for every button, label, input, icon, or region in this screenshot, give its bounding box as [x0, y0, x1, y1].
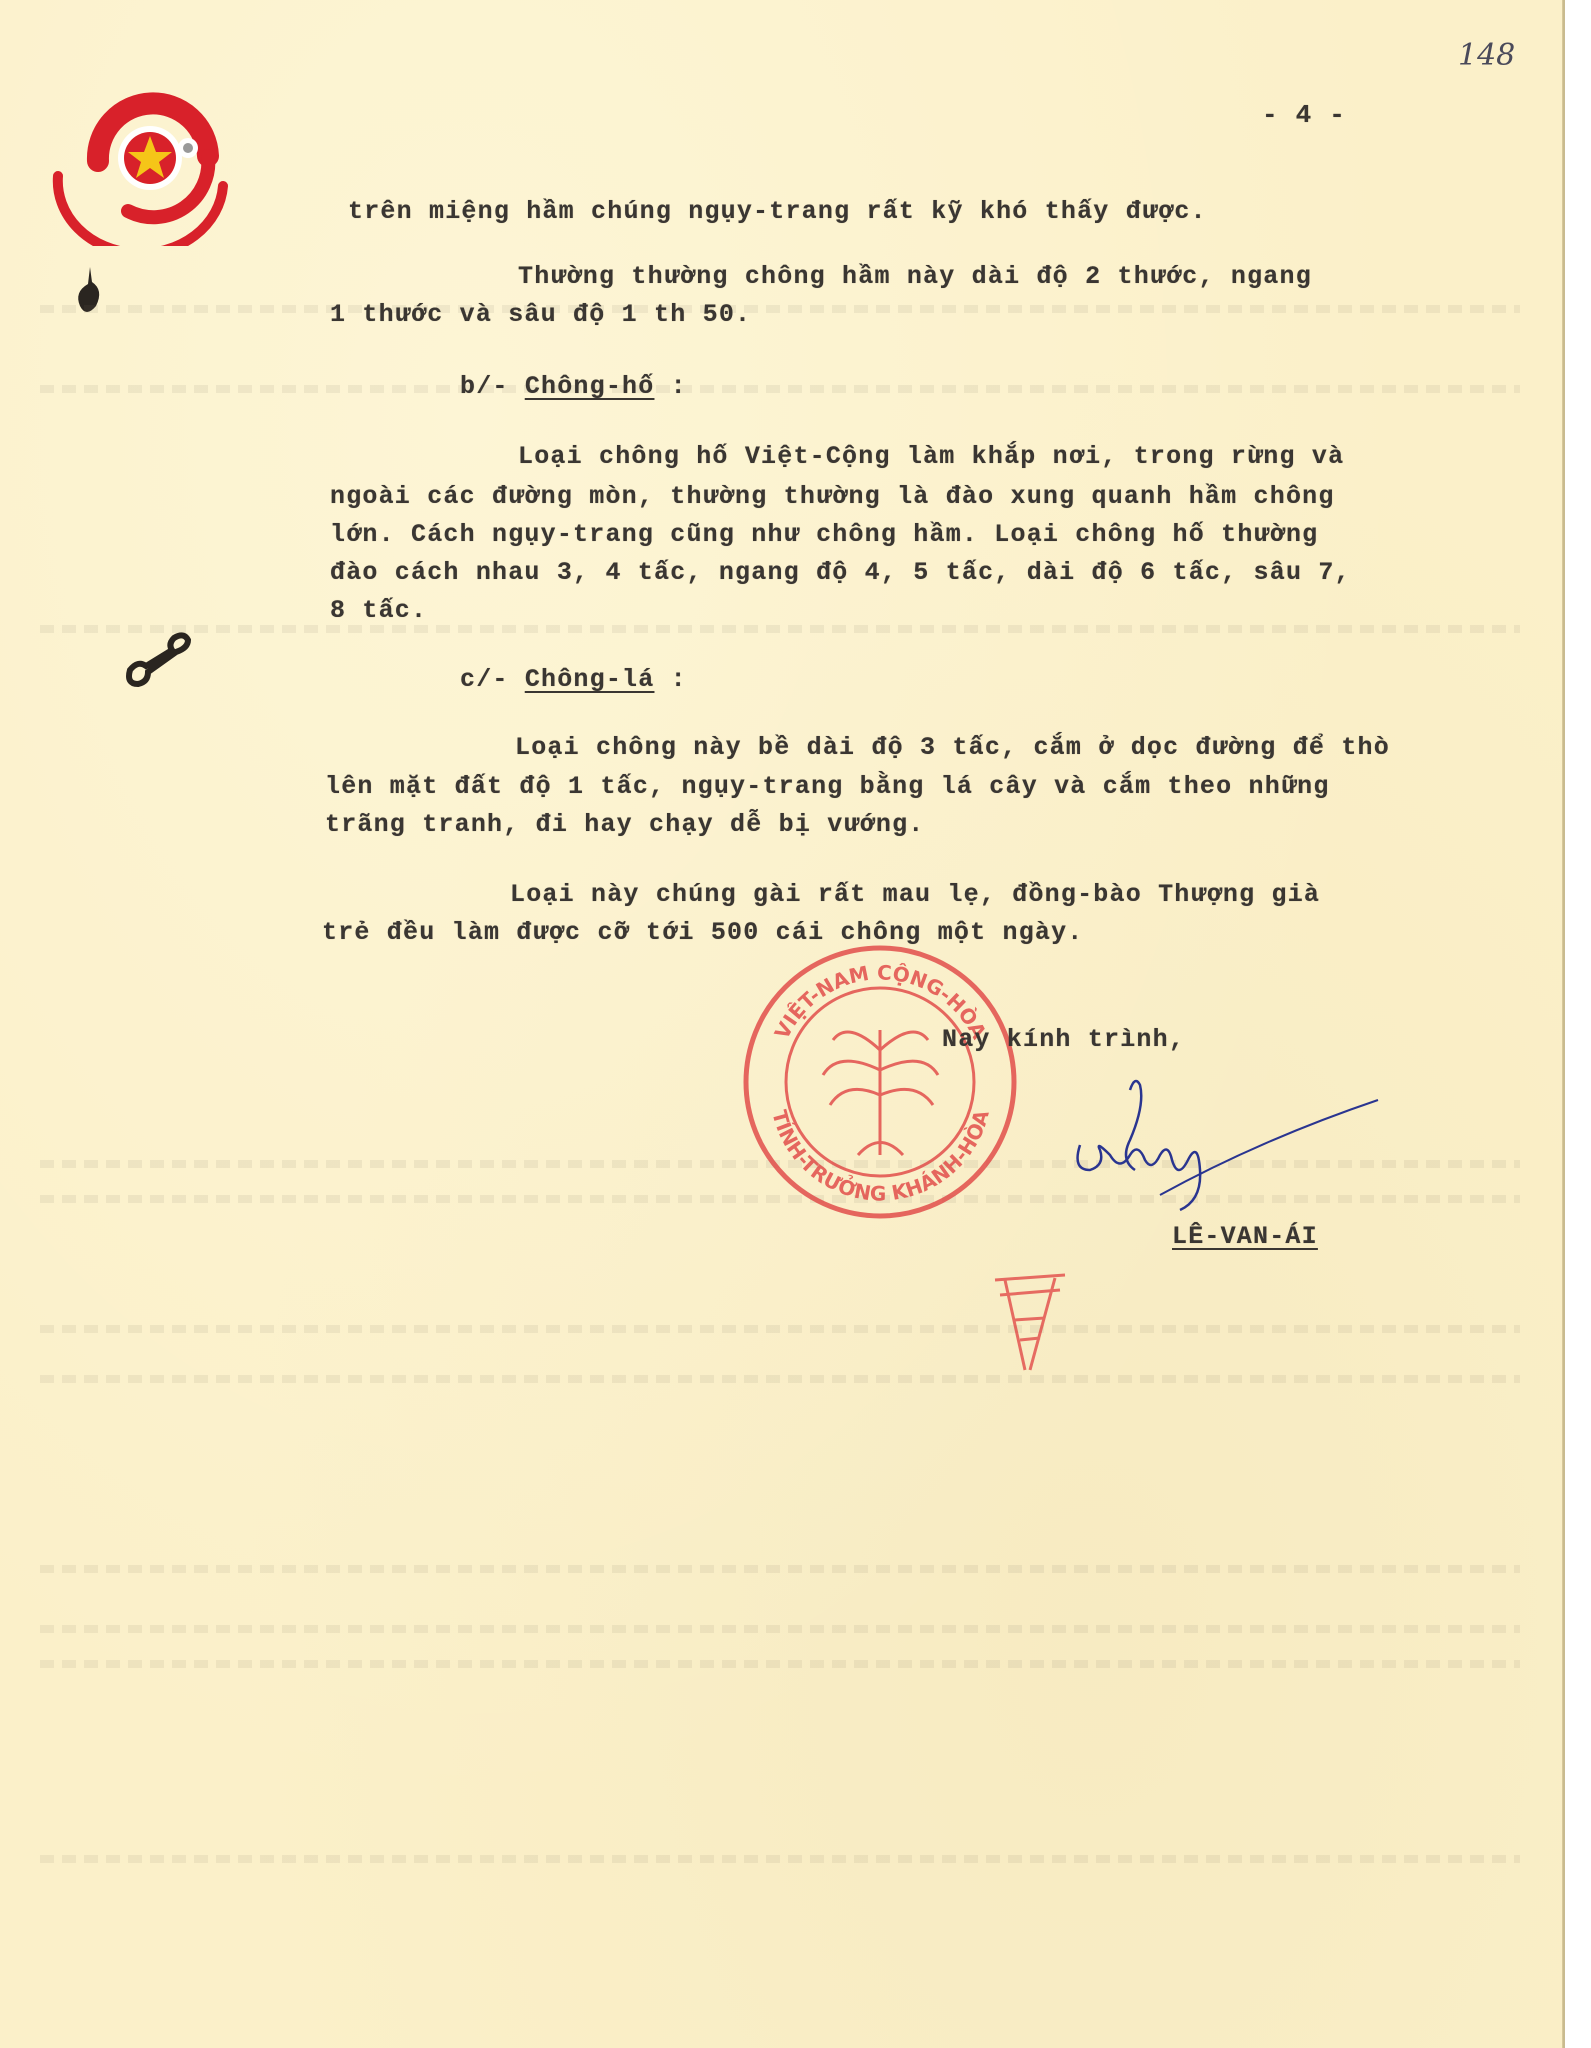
scan-edge — [1563, 0, 1591, 2048]
signatory-name: LÊ-VAN-ÁI — [1172, 1222, 1318, 1251]
body-line: ngoài các đường mòn, thường thường là đà… — [330, 482, 1335, 511]
body-line: 1 thước và sâu độ 1 th 50. — [330, 300, 751, 329]
document-page: 148 - 4 - trên miệng hầm chúng ngụy-tran… — [0, 0, 1565, 2048]
official-seal-stamp: VIỆT-NAM CỘNG-HÒA TỈNH-TRƯỞNG KHÁNH-HÒA — [738, 940, 1023, 1225]
punch-hole-blot-icon — [118, 630, 198, 690]
bleed-through-line — [40, 1660, 1520, 1668]
page-number: - 4 - — [1262, 100, 1346, 130]
bleed-through-line — [40, 1325, 1520, 1333]
bleed-through-line — [40, 1855, 1520, 1863]
body-line: Loại chông này bề dài độ 3 tấc, cắm ở dọ… — [515, 733, 1390, 762]
bleed-through-line — [40, 305, 1520, 313]
body-line: lên mặt đất độ 1 tấc, ngụy-trang bằng lá… — [325, 772, 1330, 801]
section-b-title: Chông-hố — [525, 372, 655, 401]
body-line: Loại chông hố Việt-Cộng làm khắp nơi, tr… — [518, 442, 1344, 471]
bleed-through-line — [40, 1565, 1520, 1573]
section-b-heading: b/- Chông-hố : — [460, 372, 687, 401]
body-line: trãng tranh, đi hay chạy dễ bị vướng. — [325, 810, 925, 839]
body-line: Loại này chúng gài rất mau lẹ, đồng-bào … — [510, 880, 1320, 909]
archive-page-number: 148 — [1458, 38, 1515, 73]
body-line: lớn. Cách ngụy-trang cũng như chông hầm.… — [330, 520, 1318, 549]
punch-hole-blot-icon — [70, 262, 110, 322]
closing-salutation: Nay kính trình, — [942, 1025, 1185, 1054]
handwritten-signature — [1060, 1060, 1400, 1240]
section-c-title: Chông-lá — [525, 665, 655, 694]
body-line: 8 tấc. — [330, 596, 427, 625]
red-stamp-mark — [985, 1270, 1075, 1380]
bleed-through-line — [40, 1375, 1520, 1383]
body-line: trên miệng hầm chúng ngụy-trang rất kỹ k… — [348, 197, 1207, 226]
body-line: Thường thường chông hầm này dài độ 2 thư… — [518, 262, 1312, 291]
bleed-through-line — [40, 1625, 1520, 1633]
section-c-heading: c/- Chông-lá : — [460, 665, 687, 694]
bleed-through-line — [40, 625, 1520, 633]
archive-logo-icon — [38, 66, 238, 246]
bleed-through-line — [40, 385, 1520, 393]
body-line: đào cách nhau 3, 4 tấc, ngang độ 4, 5 tấ… — [330, 558, 1351, 587]
